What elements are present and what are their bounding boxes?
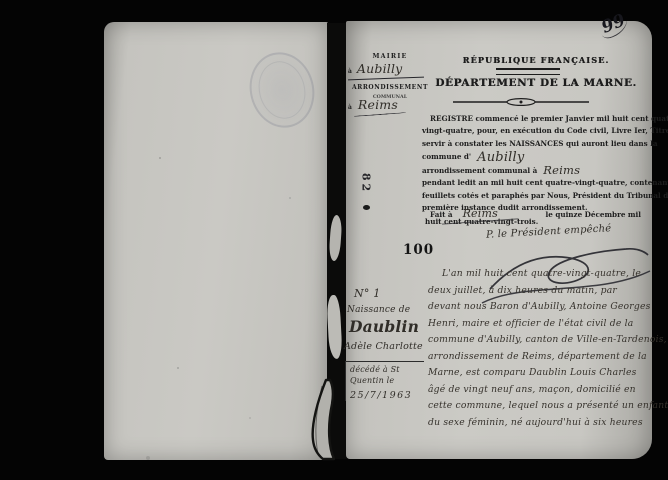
act-body-line: commune d'Aubilly, canton de Ville-en-Ta…: [428, 332, 658, 349]
mairie-label: MAIRIE: [348, 53, 432, 60]
death-note-line: Quentin le: [350, 376, 424, 387]
title-double-rule: [496, 68, 560, 75]
paper-speckles: [159, 157, 161, 159]
death-note-line: décédé à St: [350, 365, 424, 376]
register-intro: REGISTRE commencé le premier Janvier mil…: [422, 113, 655, 214]
act-body: L'an mil huit cent quatre-vingt-quatre, …: [428, 266, 658, 431]
right-page: 99 MAIRIE à Aubilly ARRONDISSEMENT COMMU…: [346, 21, 652, 459]
register-line: REGISTRE commencé le premier Janvier mil…: [422, 113, 655, 125]
register-line: commune d': [422, 151, 471, 163]
register-line: pendant ledit an mil huit cent quatre-vi…: [422, 177, 668, 189]
scanned-register-spread: 99 MAIRIE à Aubilly ARRONDISSEMENT COMMU…: [0, 0, 668, 480]
mairie-column: MAIRIE à Aubilly ARRONDISSEMENT COMMUNAL…: [348, 53, 432, 115]
death-margin-note: décédé à St Quentin le 25/7/1963: [345, 361, 424, 401]
act-number-label: N° 1: [354, 287, 380, 300]
act-body-line: cette commune, lequel nous a présenté un…: [428, 398, 658, 415]
arrondissement-label: ARRONDISSEMENT: [348, 84, 432, 91]
printed-page-number: 100: [403, 242, 434, 258]
margin-folio-number: 82: [360, 172, 373, 196]
arrondissement-handwritten: Reims: [543, 164, 580, 176]
communal-prefix: à: [348, 104, 352, 111]
communal-label: COMMUNAL: [348, 94, 432, 100]
ink-blot: [363, 205, 370, 210]
corner-folio-number: 99: [596, 9, 632, 41]
mairie-prefix: à: [348, 68, 352, 75]
register-line: arrondissement communal à: [422, 165, 537, 177]
register-line: vingt-quatre, pour, en exécution du Code…: [422, 125, 655, 137]
mairie-value-handwritten: Aubilly: [357, 61, 403, 76]
death-note-date: 25/7/1963: [350, 390, 424, 401]
act-body-line: L'an mil huit cent quatre-vingt-quatre, …: [428, 266, 658, 283]
republique-title: RÉPUBLIQUE FRANÇAISE.: [441, 55, 631, 65]
departement-title: DÉPARTEMENT DE LA MARNE.: [434, 77, 638, 89]
binding-light-patch: [328, 215, 342, 262]
act-body-line: Marne, est comparu Daublin Louis Charles: [428, 365, 658, 382]
register-line: feuillets cotés et paraphés par Nous, Pr…: [422, 190, 655, 202]
fait-date: le quinze Décembre mil: [546, 210, 641, 219]
embossed-round-stamp: [242, 45, 322, 134]
commune-handwritten: Aubilly: [477, 152, 524, 164]
act-given-names: Adèle Charlotte: [344, 341, 423, 352]
left-page: [104, 22, 328, 460]
act-body-line: devant nous Baron d'Aubilly, Antoine Geo…: [428, 299, 658, 316]
act-surname: Daublin: [349, 317, 419, 336]
register-line: servir à constater les NAISSANCES qui au…: [422, 138, 655, 150]
binding-lace: [296, 376, 344, 462]
act-body-line: arrondissement de Reims, département de …: [428, 349, 658, 366]
binding-light-patch: [326, 295, 342, 360]
ornament-divider: [451, 97, 591, 107]
stamp-inner-ring: [253, 56, 312, 123]
act-type-label: Naissance de: [347, 305, 410, 315]
mairie-rule: [348, 77, 424, 81]
act-body-line: Henri, maire et officier de l'état civil…: [428, 316, 658, 333]
act-body-line: âgé de vingt neuf ans, maçon, domicilié …: [428, 382, 658, 399]
act-body-line: du sexe féminin, né aujourd'hui à six he…: [428, 415, 658, 432]
signature-flourish-rule: [354, 112, 406, 117]
act-body-line: deux juillet, à dix heures du matin, par: [428, 283, 658, 300]
